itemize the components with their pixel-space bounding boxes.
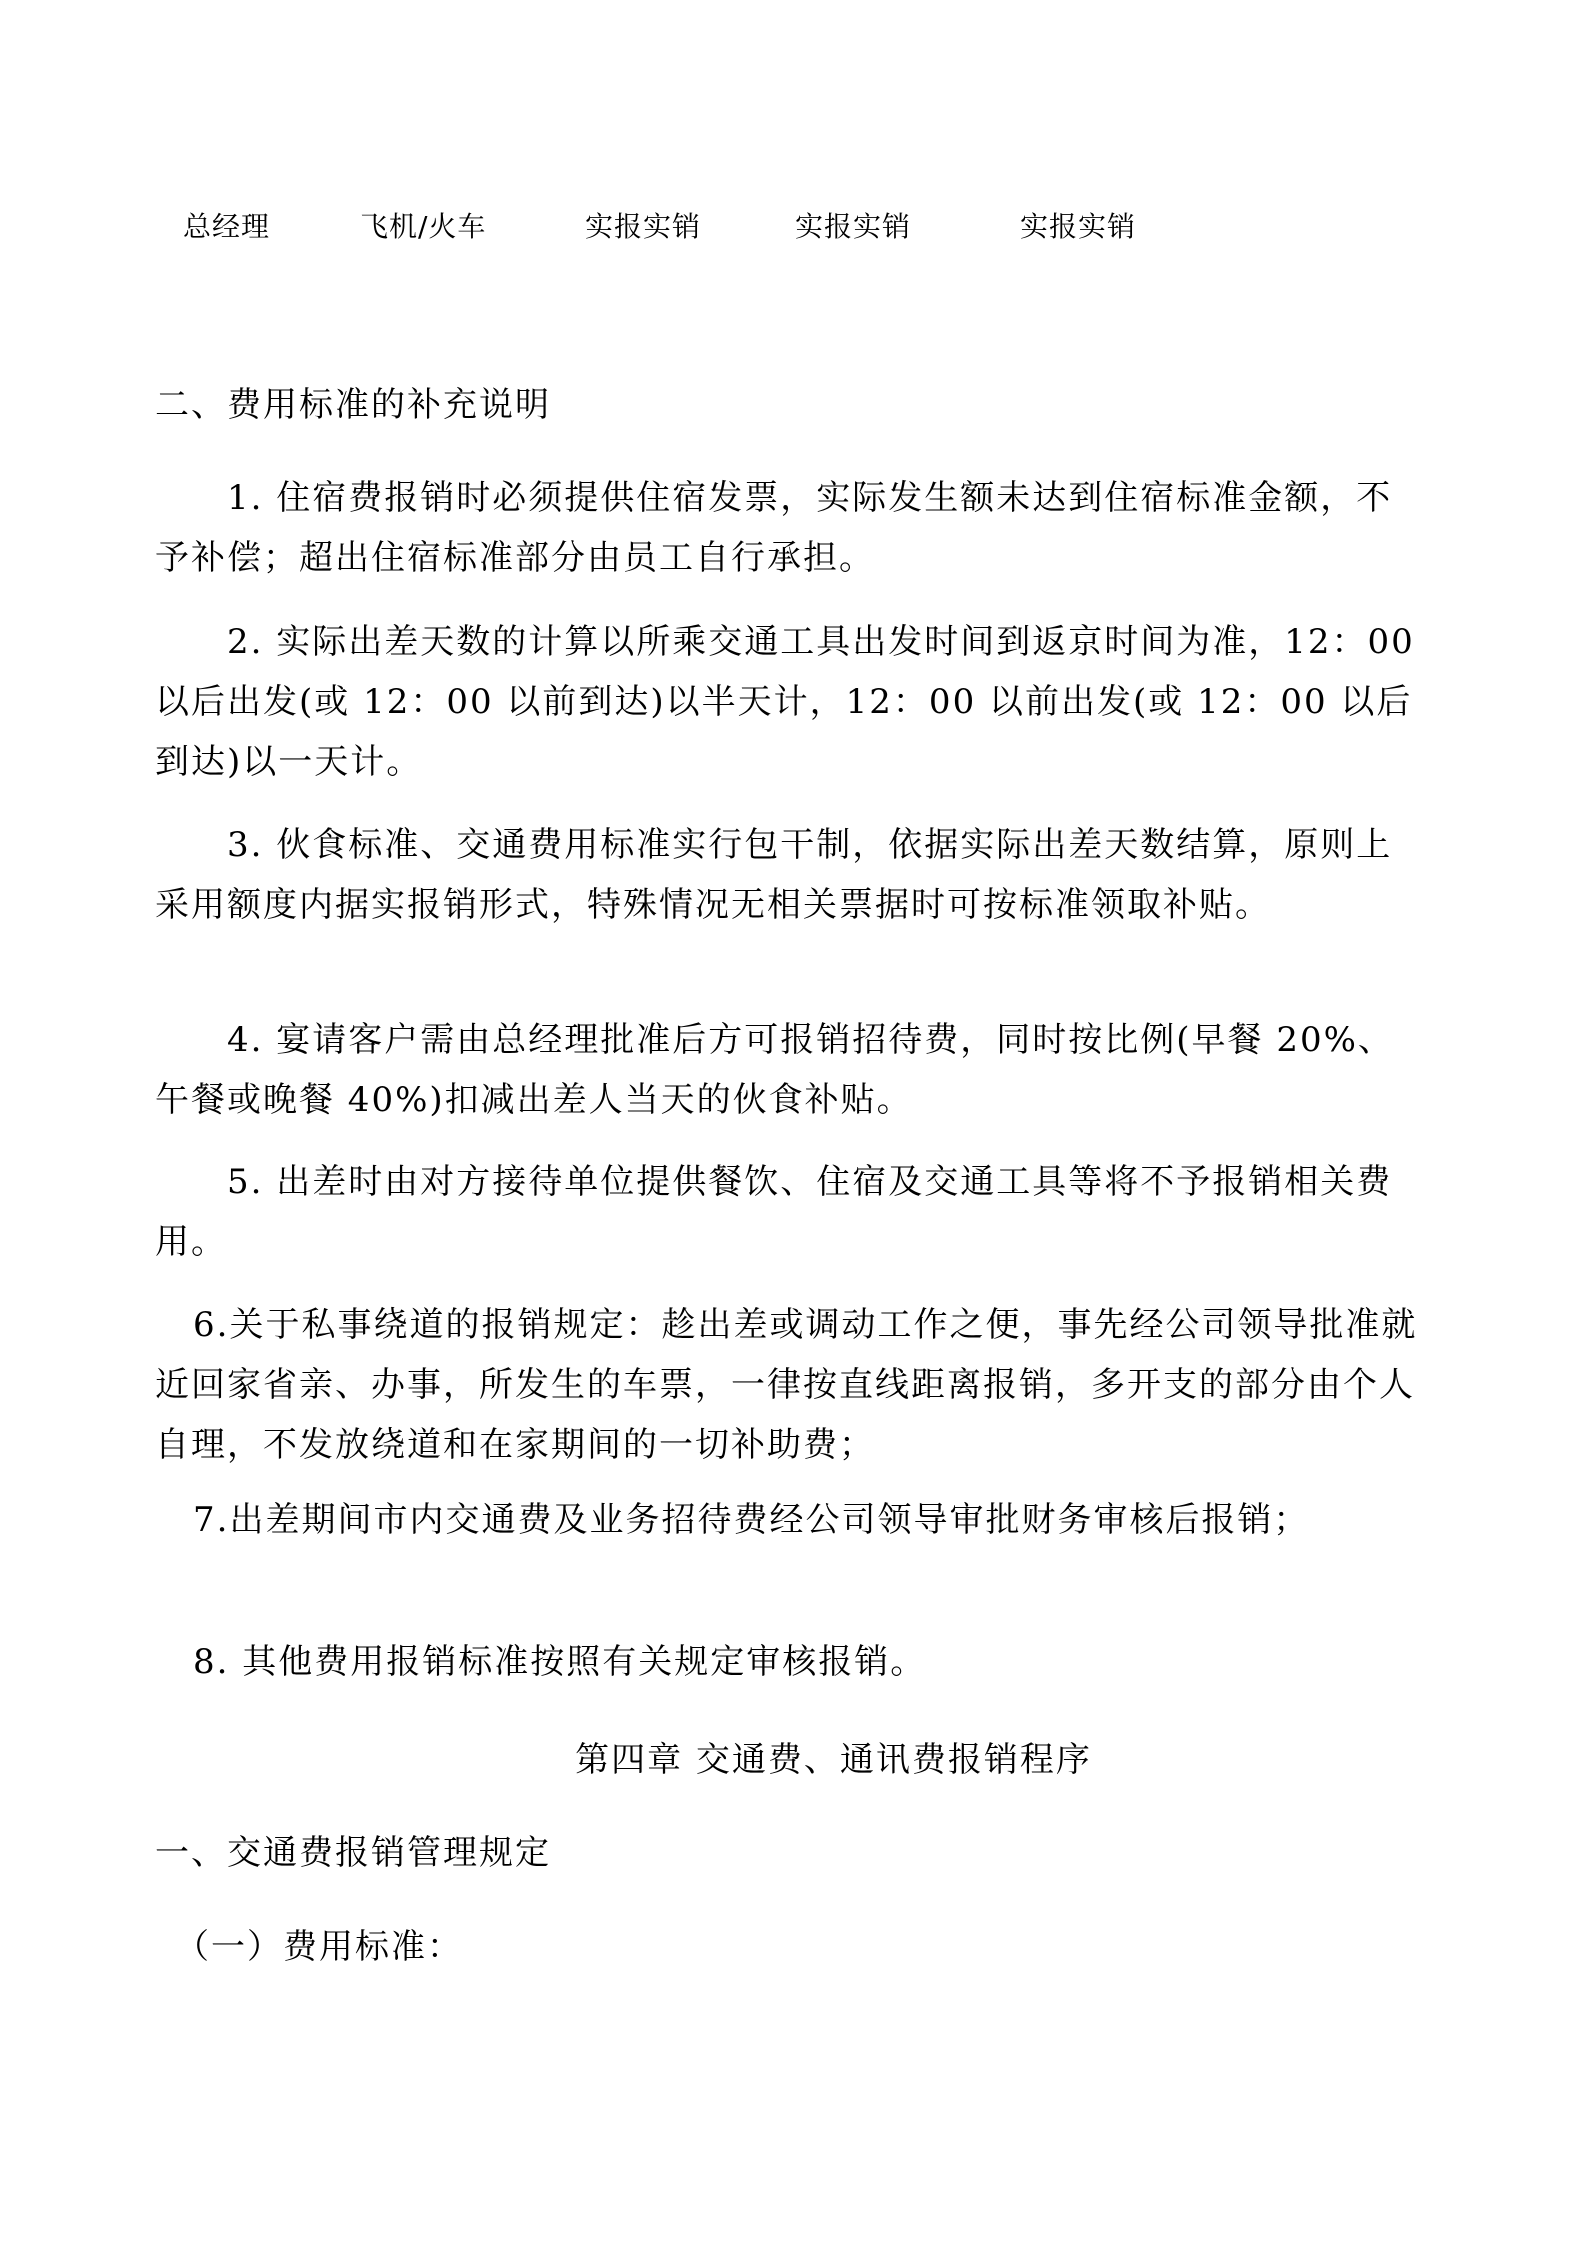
paragraph-item-3: 3. 伙食标准、交通费用标准实行包干制，依据实际出差天数结算，原则上采用额度内据… (155, 815, 1420, 935)
paragraph-text: 8. 其他费用报销标准按照有关规定审核报销。 (155, 1632, 1420, 1692)
paragraph-item-7: 7.出差期间市内交通费及业务招待费经公司领导审批财务审核后报销； (155, 1490, 1420, 1550)
paragraph-text: 4. 宴请客户需由总经理批准后方可报销招待费，同时按比例(早餐 20%、午餐或晚… (155, 1010, 1420, 1130)
section-heading-supplementary: 二、费用标准的补充说明 (155, 375, 551, 435)
paragraph-item-8: 8. 其他费用报销标准按照有关规定审核报销。 (155, 1632, 1420, 1692)
paragraph-item-2: 2. 实际出差天数的计算以所乘交通工具出发时间到返京时间为准，12：00 以后出… (155, 612, 1420, 792)
paragraph-item-1: 1. 住宿费报销时必须提供住宿发票，实际发生额未达到住宿标准金额，不予补偿；超出… (155, 468, 1420, 588)
chapter-title: 第四章 交通费、通讯费报销程序 (0, 1730, 1587, 1790)
table-cell-lodging: 实报实销 (585, 205, 701, 245)
paragraph-item-6: 6.关于私事绕道的报销规定：趁出差或调动工作之便，事先经公司领导批准就近回家省亲… (155, 1295, 1420, 1475)
table-cell-position: 总经理 (183, 205, 270, 245)
paragraph-text: 2. 实际出差天数的计算以所乘交通工具出发时间到返京时间为准，12：00 以后出… (155, 612, 1420, 792)
expense-table-row: 总经理 飞机/火车 实报实销 实报实销 实报实销 (0, 205, 1587, 245)
paragraph-text: 7.出差期间市内交通费及业务招待费经公司领导审批财务审核后报销； (155, 1490, 1420, 1550)
table-cell-local-transport: 实报实销 (1020, 205, 1136, 245)
document-page: 总经理 飞机/火车 实报实销 实报实销 实报实销 二、费用标准的补充说明 1. … (0, 0, 1587, 2245)
table-cell-transport: 飞机/火车 (360, 205, 486, 245)
paragraph-text: 5. 出差时由对方接待单位提供餐饮、住宿及交通工具等将不予报销相关费用。 (155, 1152, 1420, 1272)
paragraph-text: 1. 住宿费报销时必须提供住宿发票，实际发生额未达到住宿标准金额，不予补偿；超出… (155, 468, 1420, 588)
paragraph-text: 6.关于私事绕道的报销规定：趁出差或调动工作之便，事先经公司领导批准就近回家省亲… (155, 1295, 1420, 1475)
section-heading-transport-rules: 一、交通费报销管理规定 (155, 1823, 551, 1883)
subsection-heading-expense-standard: （一）费用标准： (175, 1917, 463, 1977)
table-cell-meals: 实报实销 (795, 205, 911, 245)
paragraph-item-5: 5. 出差时由对方接待单位提供餐饮、住宿及交通工具等将不予报销相关费用。 (155, 1152, 1420, 1272)
paragraph-item-4: 4. 宴请客户需由总经理批准后方可报销招待费，同时按比例(早餐 20%、午餐或晚… (155, 1010, 1420, 1130)
paragraph-text: 3. 伙食标准、交通费用标准实行包干制，依据实际出差天数结算，原则上采用额度内据… (155, 815, 1420, 935)
